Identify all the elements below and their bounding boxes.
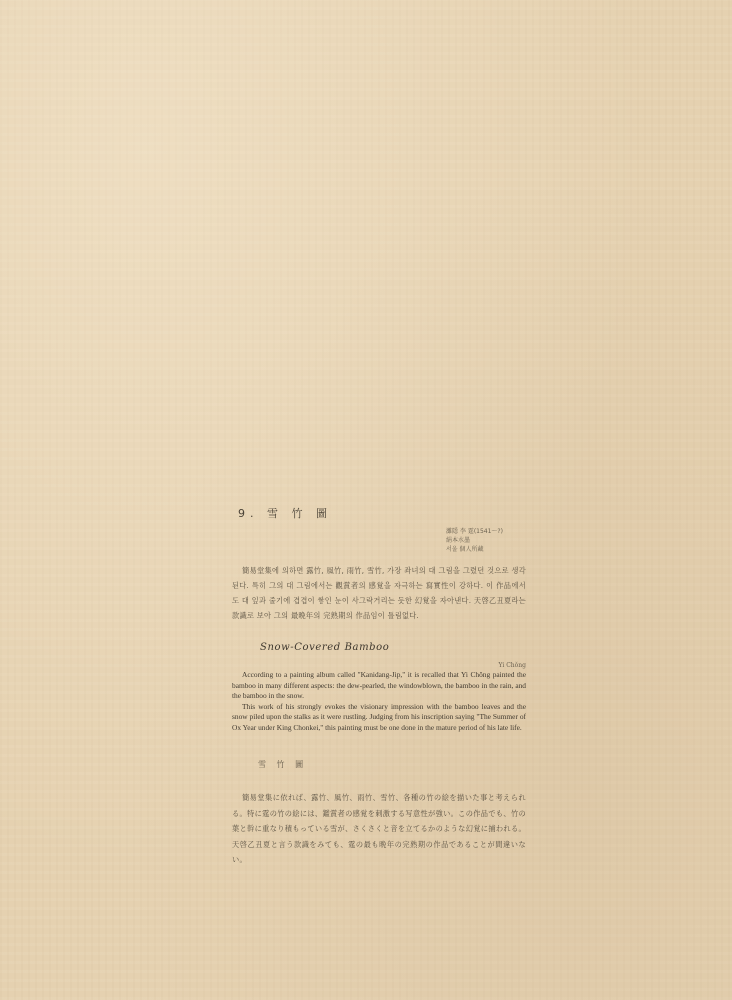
artist-name: 灘隱 李 霆(1541～?) [446, 527, 526, 536]
english-author: Yi Chŏng [232, 662, 526, 670]
english-paragraph-1: According to a painting album called "Ka… [232, 670, 526, 702]
medium: 絹本水墨 [446, 536, 526, 545]
korean-description: 簡易堂集에 의하면 露竹, 風竹, 雨竹, 雪竹, 가장 좌녀의 대 그림을 그… [232, 563, 526, 623]
japanese-description: 簡易堂集に依れば、露竹、風竹、雨竹、雪竹、各種の竹の絵を描いた事と考えられる。特… [232, 790, 526, 868]
english-paragraph-2: This work of his strongly evokes the vis… [232, 702, 526, 734]
attribution-block: 灘隱 李 霆(1541～?) 絹本水墨 서울 個人所藏 [446, 527, 526, 554]
catalog-entry: 9. 雪 竹 圖 灘隱 李 霆(1541～?) 絹本水墨 서울 個人所藏 簡易堂… [232, 505, 526, 868]
collection: 서울 個人所藏 [446, 545, 526, 554]
entry-title: 9. 雪 竹 圖 [238, 505, 526, 521]
japanese-title: 雪 竹 圖 [258, 759, 526, 770]
english-title: Snow-Covered Bamboo [260, 642, 526, 653]
